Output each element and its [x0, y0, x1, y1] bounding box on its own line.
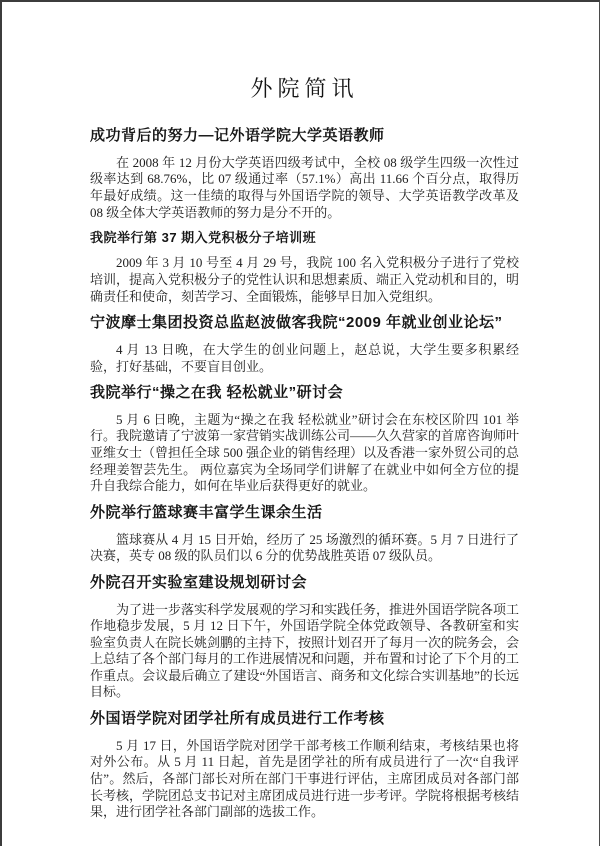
document-page: 外院简讯 成功背后的努力—记外语学院大学英语教师 在 2008 年 12 月份大… [0, 0, 600, 846]
newsletter-title: 外院简讯 [90, 72, 519, 103]
section-paragraph: 为了进一步落实科学发展观的学习和实践任务，推进外国语学院各项工作地稳步发展，5 … [90, 602, 519, 702]
section-employment-seminar: 我院举行“操之在我 轻松就业”研讨会 5 月 6 日晚，主题为“操之在我 轻松就… [90, 384, 519, 495]
section-basketball: 外院举行篮球赛丰富学生课余生活 篮球赛从 4 月 15 日开始，经历了 25 场… [90, 504, 519, 565]
section-paragraph: 2009 年 3 月 10 号至 4 月 29 号，我院 100 名入党积极分子… [90, 255, 519, 305]
section-heading: 宁波摩士集团投资总监赵波做客我院“2009 年就业创业论坛” [90, 314, 519, 333]
section-cet4-results: 成功背后的努力—记外语学院大学英语教师 在 2008 年 12 月份大学英语四级… [90, 127, 519, 221]
section-heading: 外国语学院对团学社所有成员进行工作考核 [90, 710, 519, 729]
section-heading: 我院举行“操之在我 轻松就业”研讨会 [90, 384, 519, 403]
section-paragraph: 篮球赛从 4 月 15 日开始，经历了 25 场激烈的循环赛。5 月 7 日进行… [90, 532, 519, 565]
section-paragraph: 4 月 13 日晚，在大学生的创业问题上，赵总说，大学生要多积累经验，打好基础，… [90, 342, 519, 375]
section-paragraph: 在 2008 年 12 月份大学英语四级考试中，全校 08 级学生四级一次性过级… [90, 155, 519, 221]
section-lab-planning: 外院召开实验室建设规划研讨会 为了进一步落实科学发展观的学习和实践任务，推进外国… [90, 574, 519, 701]
section-paragraph: 5 月 6 日晚，主题为“操之在我 轻松就业”研讨会在东校区阶四 101 举行。… [90, 412, 519, 495]
section-league-assessment: 外国语学院对团学社所有成员进行工作考核 5 月 17 日，外国语学院对团学干部考… [90, 710, 519, 821]
section-heading: 成功背后的努力—记外语学院大学英语教师 [90, 127, 519, 146]
section-party-training: 我院举行第 37 期入党积极分子培训班 2009 年 3 月 10 号至 4 月… [90, 230, 519, 305]
section-heading: 外院举行篮球赛丰富学生课余生活 [90, 504, 519, 523]
section-paragraph: 5 月 17 日，外国语学院对团学干部考核工作顺利结束，考核结果也将对外公布。从… [90, 738, 519, 821]
section-heading: 我院举行第 37 期入党积极分子培训班 [90, 230, 519, 246]
section-heading: 外院召开实验室建设规划研讨会 [90, 574, 519, 593]
section-entrepreneurship-forum: 宁波摩士集团投资总监赵波做客我院“2009 年就业创业论坛” 4 月 13 日晚… [90, 314, 519, 375]
